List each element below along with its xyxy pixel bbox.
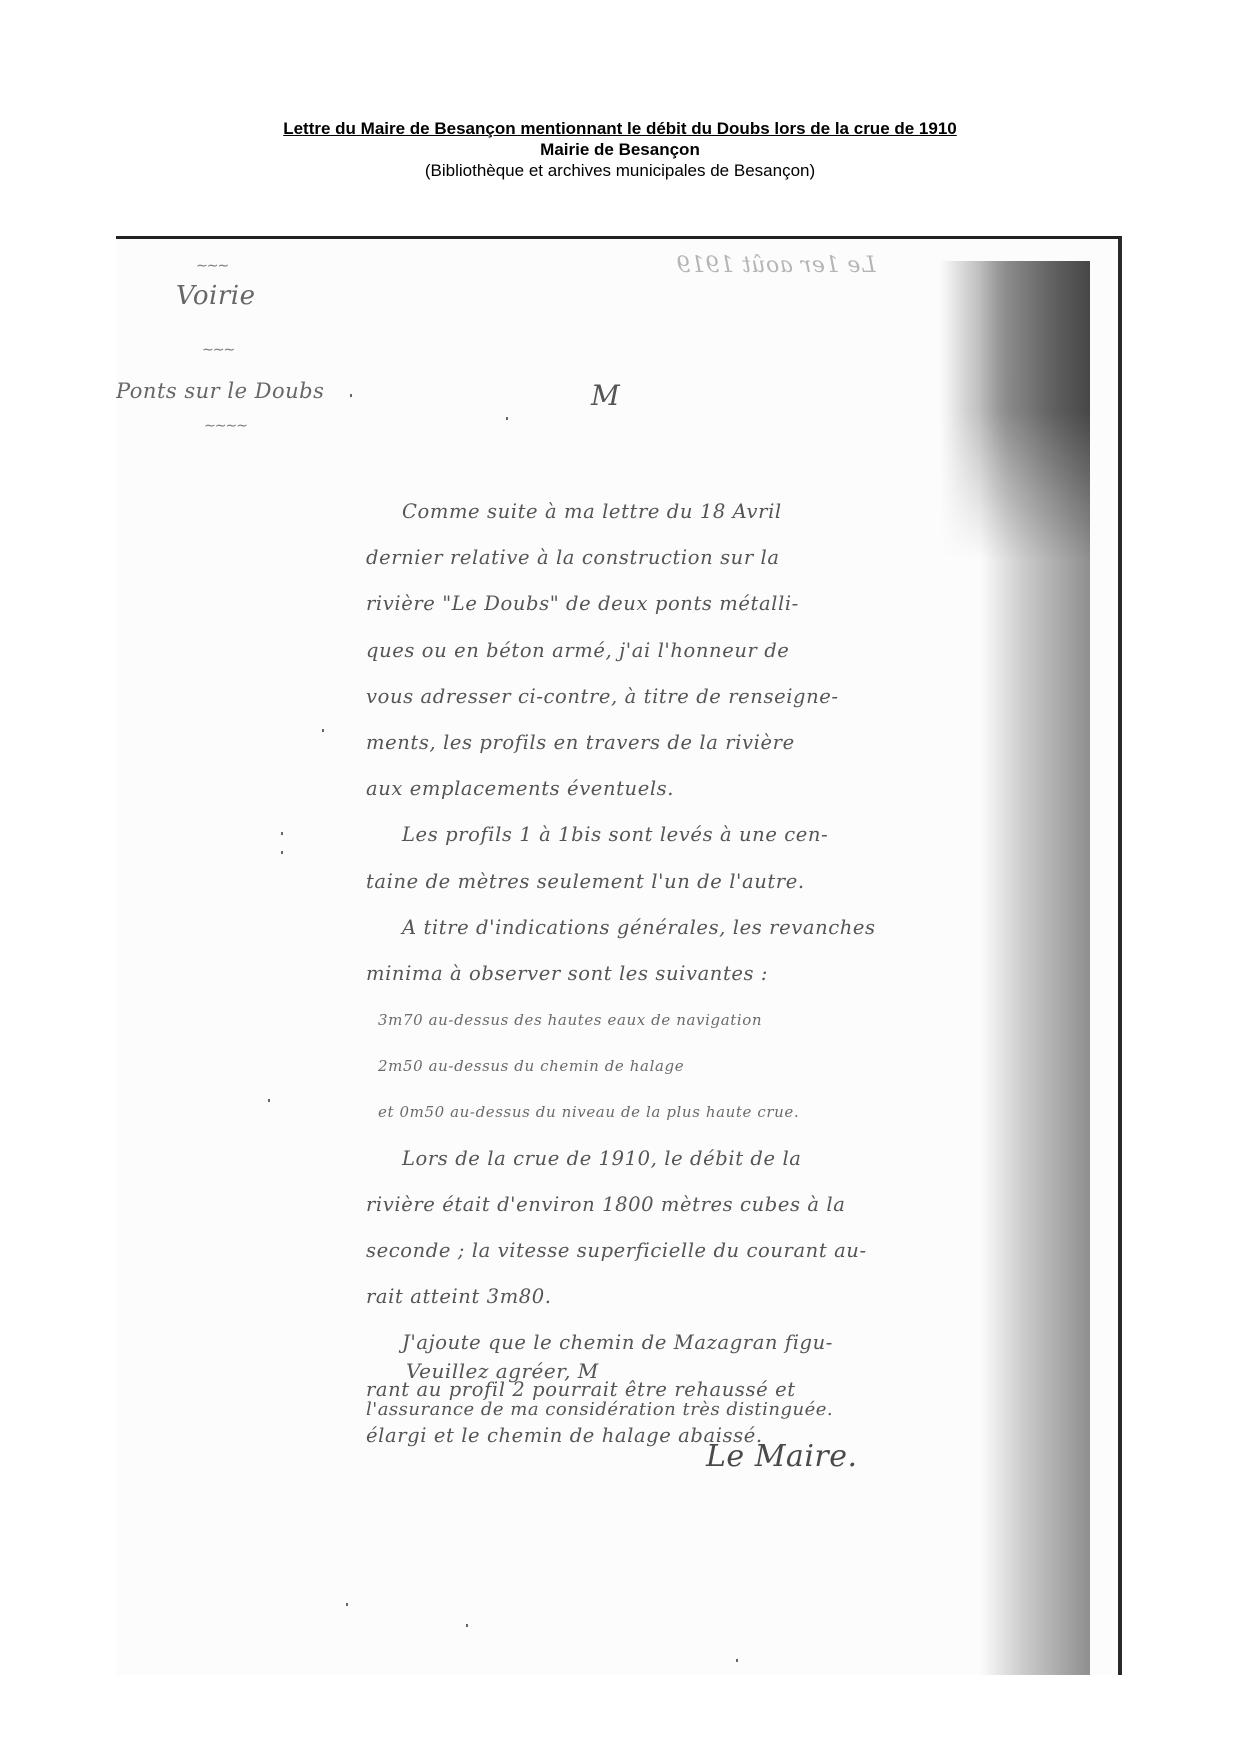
flourish-divider: ∼∼∼∼: [204, 417, 247, 434]
letter-line: Comme suite à ma lettre du 18 Avril: [366, 489, 1046, 535]
document-title: Lettre du Maire de Besançon mentionnant …: [0, 118, 1240, 139]
margin-service-label: Voirie: [176, 281, 256, 311]
scan-speck: [322, 729, 324, 732]
letter-line: minima à observer sont les suivantes :: [366, 951, 1046, 997]
letter-body: Comme suite à ma lettre du 18 Avril dern…: [366, 489, 1046, 1459]
letter-line: aux emplacements éventuels.: [366, 766, 1046, 812]
closing-formula: Veuillez agréer, M: [406, 1359, 599, 1383]
scan-speck: [736, 1659, 738, 1662]
letter-line: rivière "Le Doubs" de deux ponts métalli…: [366, 581, 1046, 627]
letter-line: 3m70 au-dessus des hautes eaux de naviga…: [366, 997, 1046, 1043]
letter-line: seconde ; la vitesse superficielle du co…: [366, 1228, 1046, 1274]
letter-line: rait atteint 3m80.: [366, 1274, 1046, 1320]
letter-line: vous adresser ci-contre, à titre de rens…: [366, 674, 1046, 720]
letter-line: 2m50 au-dessus du chemin de halage: [366, 1043, 1046, 1089]
scan-speck: [281, 851, 283, 854]
scanned-letter: ∼∼∼ Voirie ∼∼∼ Ponts sur le Doubs ∼∼∼∼ L…: [116, 236, 1122, 1675]
scan-speck: [268, 1099, 270, 1102]
date-stamp: Le 1er août 1919: [676, 253, 876, 278]
salutation: M: [591, 379, 620, 412]
letter-line: dernier relative à la construction sur l…: [366, 535, 1046, 581]
letter-line: et 0m50 au-dessus du niveau de la plus h…: [366, 1089, 1046, 1135]
scan-speck: [466, 1624, 468, 1627]
flourish-divider: ∼∼∼: [202, 341, 234, 358]
scan-speck: [506, 417, 508, 420]
signature: Le Maire.: [706, 1439, 858, 1474]
letter-line: rivière était d'environ 1800 mètres cube…: [366, 1182, 1046, 1228]
scan-speck: [346, 1603, 348, 1606]
document-source: (Bibliothèque et archives municipales de…: [0, 160, 1240, 182]
letter-line: A titre d'indications générales, les rev…: [366, 905, 1046, 951]
letter-line: Les profils 1 à 1bis sont levés à une ce…: [366, 812, 1046, 858]
letter-line: ments, les profils en travers de la rivi…: [366, 720, 1046, 766]
margin-object-label: Ponts sur le Doubs: [116, 379, 324, 403]
letter-line: Lors de la crue de 1910, le débit de la: [366, 1136, 1046, 1182]
document-header: Lettre du Maire de Besançon mentionnant …: [0, 118, 1240, 182]
document-author: Mairie de Besançon: [0, 139, 1240, 160]
scan-speck: [350, 394, 352, 397]
letter-line: ques ou en béton armé, j'ai l'honneur de: [366, 628, 1046, 674]
closing-formula-continued: l'assurance de ma considération très dis…: [366, 1399, 833, 1420]
scan-speck: [281, 832, 283, 835]
flourish-divider: ∼∼∼: [196, 257, 228, 274]
letter-line: taine de mètres seulement l'un de l'autr…: [366, 859, 1046, 905]
